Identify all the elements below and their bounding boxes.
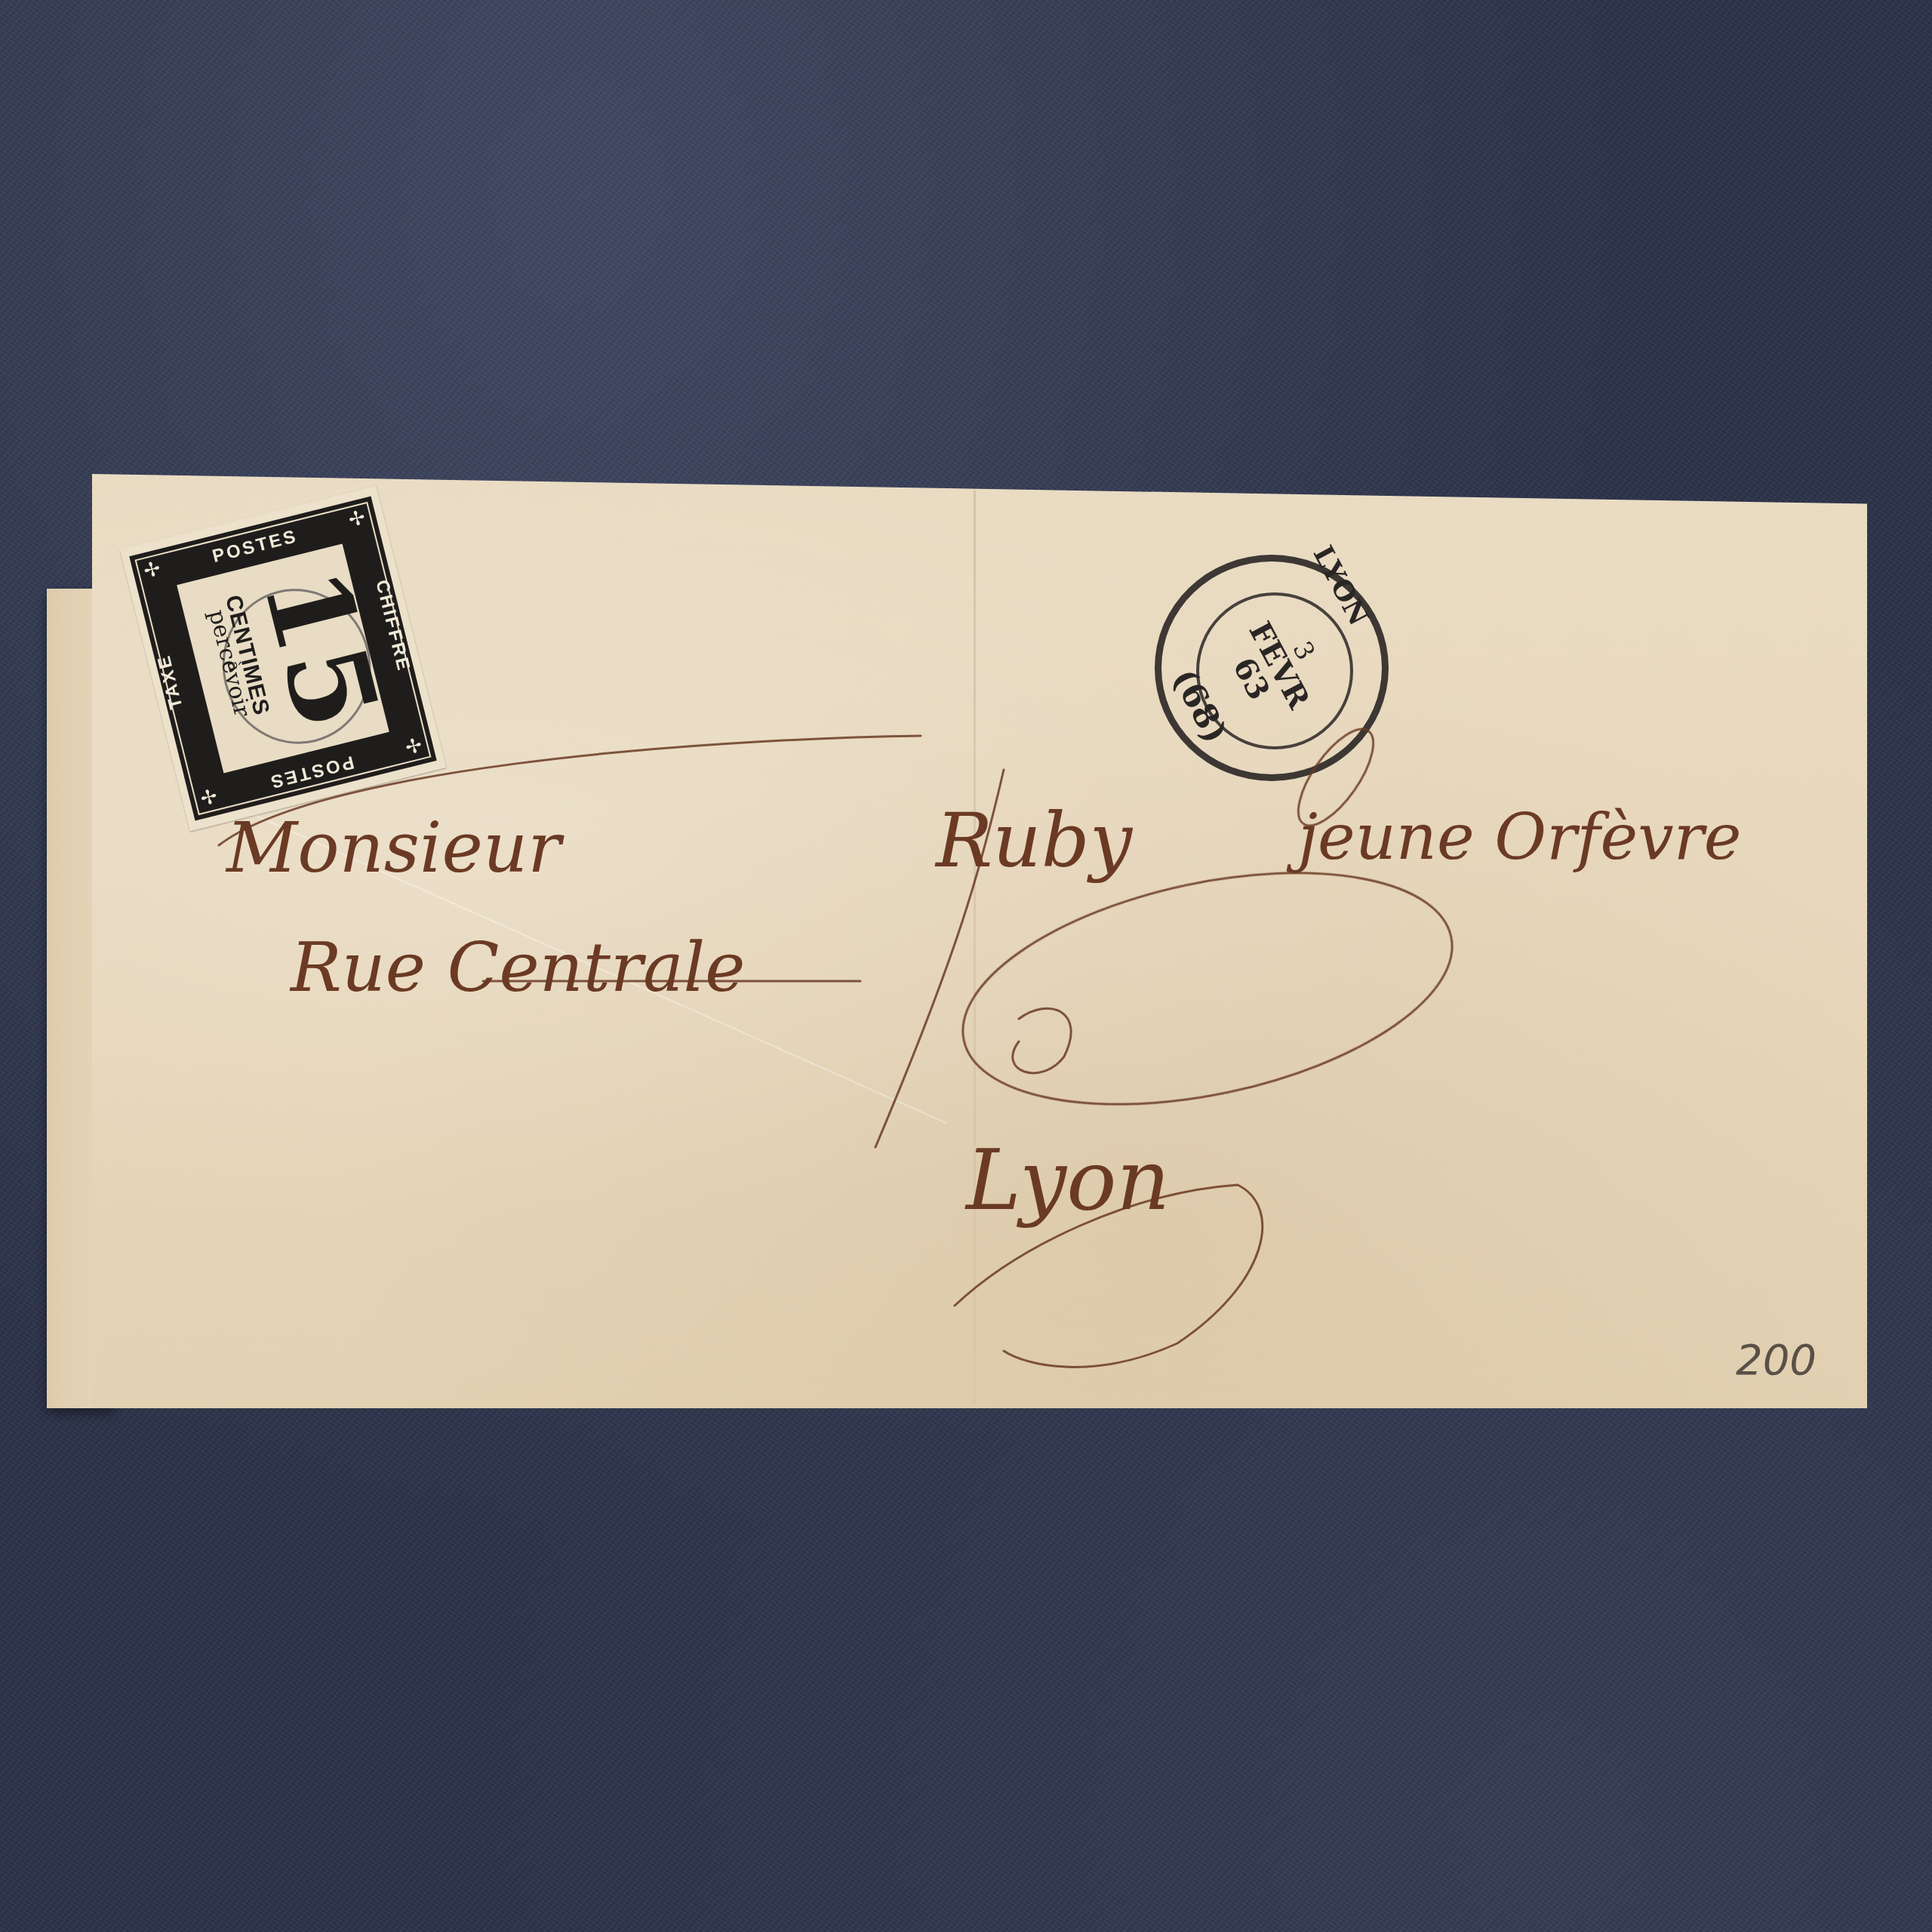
address-city: Lyon [966,1132,1170,1229]
address-title: jeune Orfèvre [1298,800,1742,874]
stamp-frame: POSTES POSTES CHIFFRE TAXE ✢ ✢ ✢ ✢ 15 CE… [129,496,437,820]
letter-cover: POSTES POSTES CHIFFRE TAXE ✢ ✢ ✢ ✢ 15 CE… [0,0,1932,1932]
address-salutation: Monsieur [226,808,561,888]
circular-date-postmark: LYON 3 FEVR 63 (68) [1155,555,1389,781]
pencil-price-note: 200 [1736,1336,1817,1385]
address-street: Rue Centrale [291,928,746,1008]
address-name: Ruby [936,796,1132,884]
fold-crease [974,491,976,1404]
